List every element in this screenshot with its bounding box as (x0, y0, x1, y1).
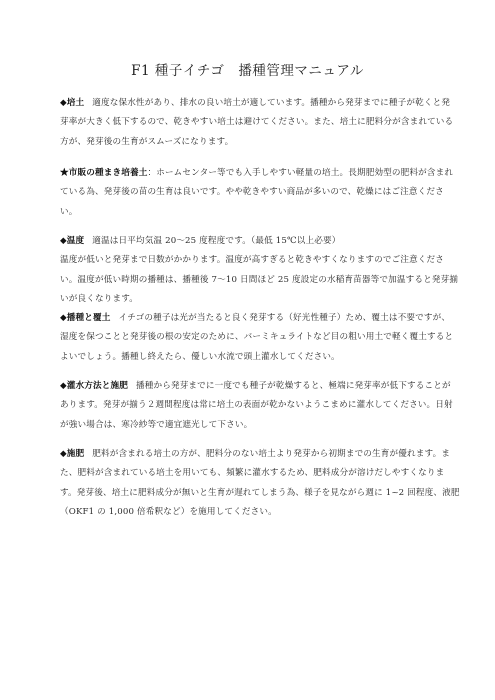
section-heading: ★市販の種まき培養土 (60, 168, 147, 178)
section-text: 肥料が含まれる培土の方が、肥料分のない培土より発芽から初期までの生育が優れます。… (92, 449, 450, 459)
section-line: ◆培土適度な保水性があり、排水の良い培土が適しています。播種から発芽までに種子が… (60, 94, 440, 113)
section-watering: ◆灌水方法と施肥播種から発芽までに一度でも種子が乾燥すると、極端に発芽率が低下す… (60, 377, 440, 435)
section-line: 湿度を保つことと発芽後の根の安定のために、バーミキュライトなど目の粗い用土で軽く… (60, 328, 440, 347)
section-line: 方が、発芽後の生育がスムーズになります。 (60, 133, 440, 152)
section-line: が強い場合は、寒冷紗等で適宜遮光して下さい。 (60, 416, 440, 435)
section-heading: ◆灌水方法と施肥 (60, 381, 128, 391)
section-line: す。発芽後、培土に肥料成分が無いと生育が遅れてしまう為、様子を見ながら週に 1~… (60, 484, 440, 503)
section-line: ◆灌水方法と施肥播種から発芽までに一度でも種子が乾燥すると、極端に発芽率が低下す… (60, 377, 440, 396)
document-page: F1 種子イチゴ 播種管理マニュアル ◆培土適度な保水性があり、排水の良い培土が… (0, 0, 495, 700)
page-title: F1 種子イチゴ 播種管理マニュアル (0, 59, 495, 79)
section-heading: ◆施肥 (60, 449, 84, 459)
section-line: た、肥料が含まれている培土を用いても、頻繁に灌水するため、肥料成分が溶けだしやす… (60, 464, 440, 483)
section-line: 温度が低いと発芽まで日数がかかります。温度が高すぎると乾きやすくなりますのでご注… (60, 251, 440, 270)
section-line: い。 (60, 203, 440, 222)
section-line: （OKF1 の 1,000 倍希釈など）を施用してください。 (60, 503, 440, 522)
section-heading: ◆培土 (60, 98, 84, 108)
section-heading: ◆播種と覆土 (60, 313, 110, 323)
section-text: イチゴの種子は光が当たると良く発芽する（好光性種子）ため、覆土は不要ですが、 (118, 313, 450, 323)
section-line: ている為、発芽後の苗の生育は良いです。やや乾きやすい商品が多いので、乾燥にはご注… (60, 183, 440, 202)
section-line: ◆施肥肥料が含まれる培土の方が、肥料分のない培土より発芽から初期までの生育が優れ… (60, 445, 440, 464)
section-line: い。温度が低い時期の播種は、播種後 7〜10 日間ほど 25 度設定の水稲育苗器… (60, 271, 440, 290)
section-soil: ◆培土適度な保水性があり、排水の良い培土が適しています。播種から発芽までに種子が… (60, 94, 440, 152)
section-fertilizer: ◆施肥肥料が含まれる培土の方が、肥料分のない培土より発芽から初期までの生育が優れ… (60, 445, 440, 523)
section-line: 芽率が大きく低下するので、乾きやすい培土は避けてください。また、培土に肥料分が含… (60, 113, 440, 132)
section-line: あります。発芽が揃う２週間程度は常に培土の表面が乾かないようこまめに灌水してくだ… (60, 396, 440, 415)
section-commercial-soil: ★市販の種まき培養土：ホームセンター等でも入手しやすい軽量の培土。長期肥効型の肥… (60, 164, 440, 222)
section-text: 適度な保水性があり、排水の良い培土が適しています。播種から発芽までに種子が乾くと… (92, 98, 450, 108)
section-text: ：ホームセンター等でも入手しやすい軽量の培土。長期肥効型の肥料が含まれ (147, 168, 453, 178)
section-text: 播種から発芽までに一度でも種子が乾燥すると、極端に発芽率が低下することが (136, 381, 451, 391)
section-temperature: ◆温度適温は日平均気温 20〜25 度程度です。（最低 15℃以上必要） 温度が… (60, 232, 440, 310)
section-line: いが良くなります。 (60, 290, 440, 309)
section-line: ◆播種と覆土イチゴの種子は光が当たると良く発芽する（好光性種子）ため、覆土は不要… (60, 309, 440, 328)
section-line: よいでしょう。播種し終えたら、優しい水流で頭上灌水してください。 (60, 348, 440, 367)
section-line: ◆温度適温は日平均気温 20〜25 度程度です。（最低 15℃以上必要） (60, 232, 440, 251)
section-text: 適温は日平均気温 20〜25 度程度です。（最低 15℃以上必要） (92, 236, 340, 246)
section-heading: ◆温度 (60, 236, 84, 246)
section-line: ★市販の種まき培養土：ホームセンター等でも入手しやすい軽量の培土。長期肥効型の肥… (60, 164, 440, 183)
section-sowing-covering: ◆播種と覆土イチゴの種子は光が当たると良く発芽する（好光性種子）ため、覆土は不要… (60, 309, 440, 367)
